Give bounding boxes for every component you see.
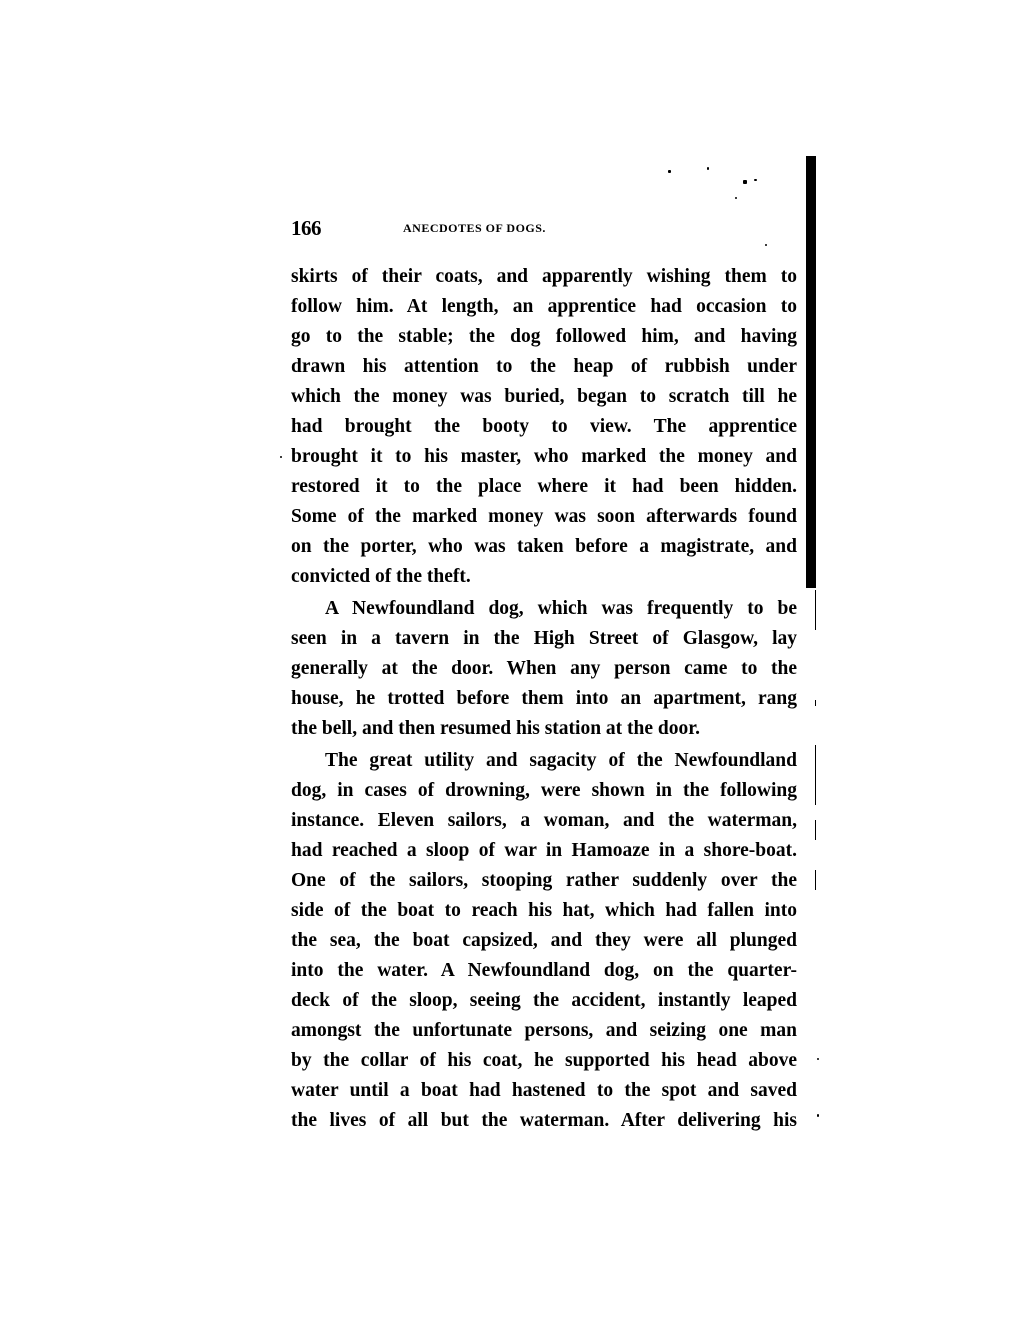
text-line: dog, in cases of drowning, were shown in… (291, 776, 797, 806)
text-line: amongst the unfortunate persons, and sei… (291, 1016, 797, 1046)
text-line: skirts of their coats, and apparently wi… (291, 262, 797, 292)
binding-edge-fragment (815, 820, 816, 840)
scanned-book-page: 166 Anecdotes of Dogs. skirts of their c… (0, 0, 1033, 1339)
text-line: the bell, and then resumed his station a… (291, 714, 797, 744)
text-line: follow him. At length, an apprentice had… (291, 292, 797, 322)
text-line: Some of the marked money was soon afterw… (291, 502, 797, 532)
text-line: The great utility and sagacity of the Ne… (291, 746, 797, 776)
binding-edge-fragment (815, 590, 816, 630)
scan-speck (765, 244, 767, 246)
text-line: which the money was buried, began to scr… (291, 382, 797, 412)
binding-edge-fragment (815, 700, 816, 706)
text-line: instance. Eleven sailors, a woman, and t… (291, 806, 797, 836)
text-line: side of the boat to reach his hat, which… (291, 896, 797, 926)
scan-speck (707, 167, 709, 170)
scan-speck (743, 180, 747, 184)
binding-edge-fragment (815, 870, 816, 890)
text-line: convicted of the theft. (291, 562, 797, 592)
running-head: Anecdotes of Dogs. (403, 221, 546, 236)
text-line: house, he trotted before them into an ap… (291, 684, 797, 714)
page-header: 166 Anecdotes of Dogs. (291, 216, 797, 244)
scan-speck (817, 1114, 819, 1117)
text-line: deck of the sloop, seeing the accident, … (291, 986, 797, 1016)
text-line: A Newfoundland dog, which was frequently… (291, 594, 797, 624)
text-line: had reached a sloop of war in Hamoaze in… (291, 836, 797, 866)
text-line: water until a boat had hastened to the s… (291, 1076, 797, 1106)
text-line: had brought the booty to view. The appre… (291, 412, 797, 442)
text-line: by the collar of his coat, he supported … (291, 1046, 797, 1076)
page-number: 166 (291, 216, 321, 241)
scan-speck (754, 179, 757, 181)
paragraph: skirts of their coats, and apparently wi… (291, 262, 797, 592)
text-line: brought it to his master, who marked the… (291, 442, 797, 472)
text-line: restored it to the place where it had be… (291, 472, 797, 502)
text-line: the sea, the boat capsized, and they wer… (291, 926, 797, 956)
text-line: on the porter, who was taken before a ma… (291, 532, 797, 562)
text-line: into the water. A Newfoundland dog, on t… (291, 956, 797, 986)
text-line: generally at the door. When any person c… (291, 654, 797, 684)
paragraph: The great utility and sagacity of the Ne… (291, 746, 797, 1136)
paragraph: A Newfoundland dog, which was frequently… (291, 594, 797, 744)
scan-speck (668, 170, 671, 173)
text-line: One of the sailors, stooping rather sudd… (291, 866, 797, 896)
scan-speck (280, 456, 282, 458)
binding-edge-fragment (815, 745, 816, 805)
text-line: the lives of all but the waterman. After… (291, 1106, 797, 1136)
body-text: skirts of their coats, and apparently wi… (291, 262, 797, 1136)
page-binding-edge (806, 156, 816, 588)
text-line: seen in a tavern in the High Street of G… (291, 624, 797, 654)
text-line: drawn his attention to the heap of rubbi… (291, 352, 797, 382)
scan-speck (735, 197, 737, 199)
scan-speck (817, 1058, 819, 1060)
text-line: go to the stable; the dog followed him, … (291, 322, 797, 352)
